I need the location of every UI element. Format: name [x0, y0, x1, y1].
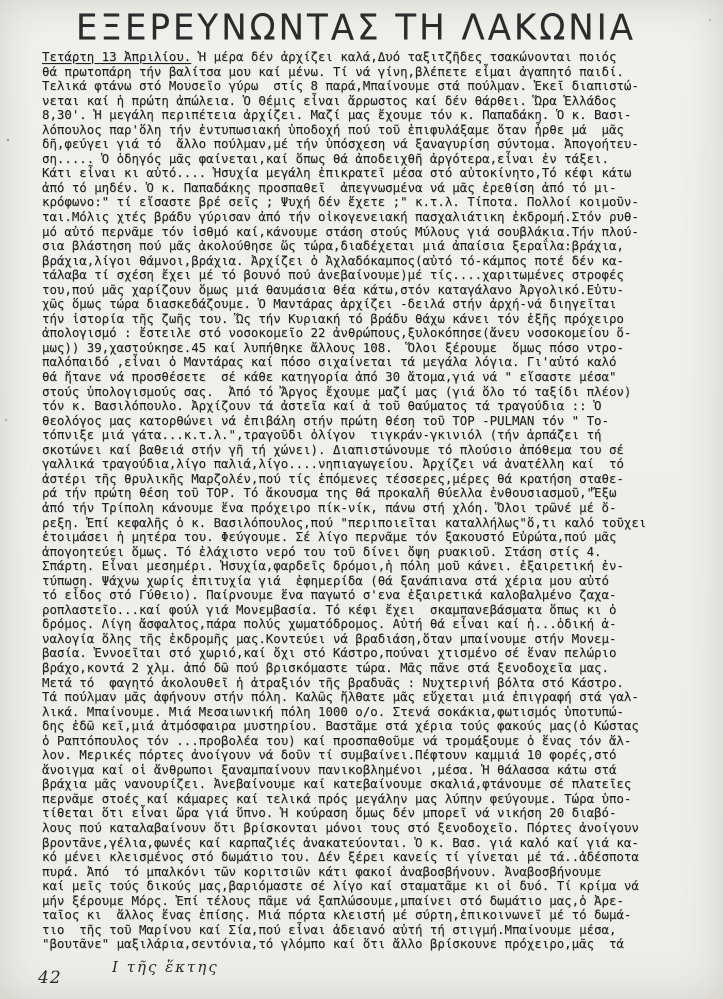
body-text: θά πρωτοπάρη τήν βαλίτσα μου καί μένω. Τ…	[42, 65, 708, 952]
page-number: 42	[38, 968, 62, 988]
handwritten-note: Ι τῆς ἕκτης	[112, 958, 219, 976]
date-underlined: Τετάρτη 13 Ἀπριλίου.	[42, 49, 191, 64]
first-line-rest: Ἡ μέρα δέν ἀρχίζει καλά,Δυό ταξιτζῆδες τ…	[191, 49, 616, 64]
scanned-document-page: ΕΞΕΡΕΥΝΩΝΤΑΣ ΤΗ ΛΑΚΩΝΙΑ Τετάρτη 13 Ἀπριλ…	[0, 0, 723, 999]
page-title: ΕΞΕΡΕΥΝΩΝΤΑΣ ΤΗ ΛΑΚΩΝΙΑ	[76, 7, 636, 49]
first-line: Τετάρτη 13 Ἀπριλίου. Ἡ μέρα δέν ἀρχίζει …	[42, 50, 708, 65]
body-block: Τετάρτη 13 Ἀπριλίου. Ἡ μέρα δέν ἀρχίζει …	[42, 50, 708, 952]
